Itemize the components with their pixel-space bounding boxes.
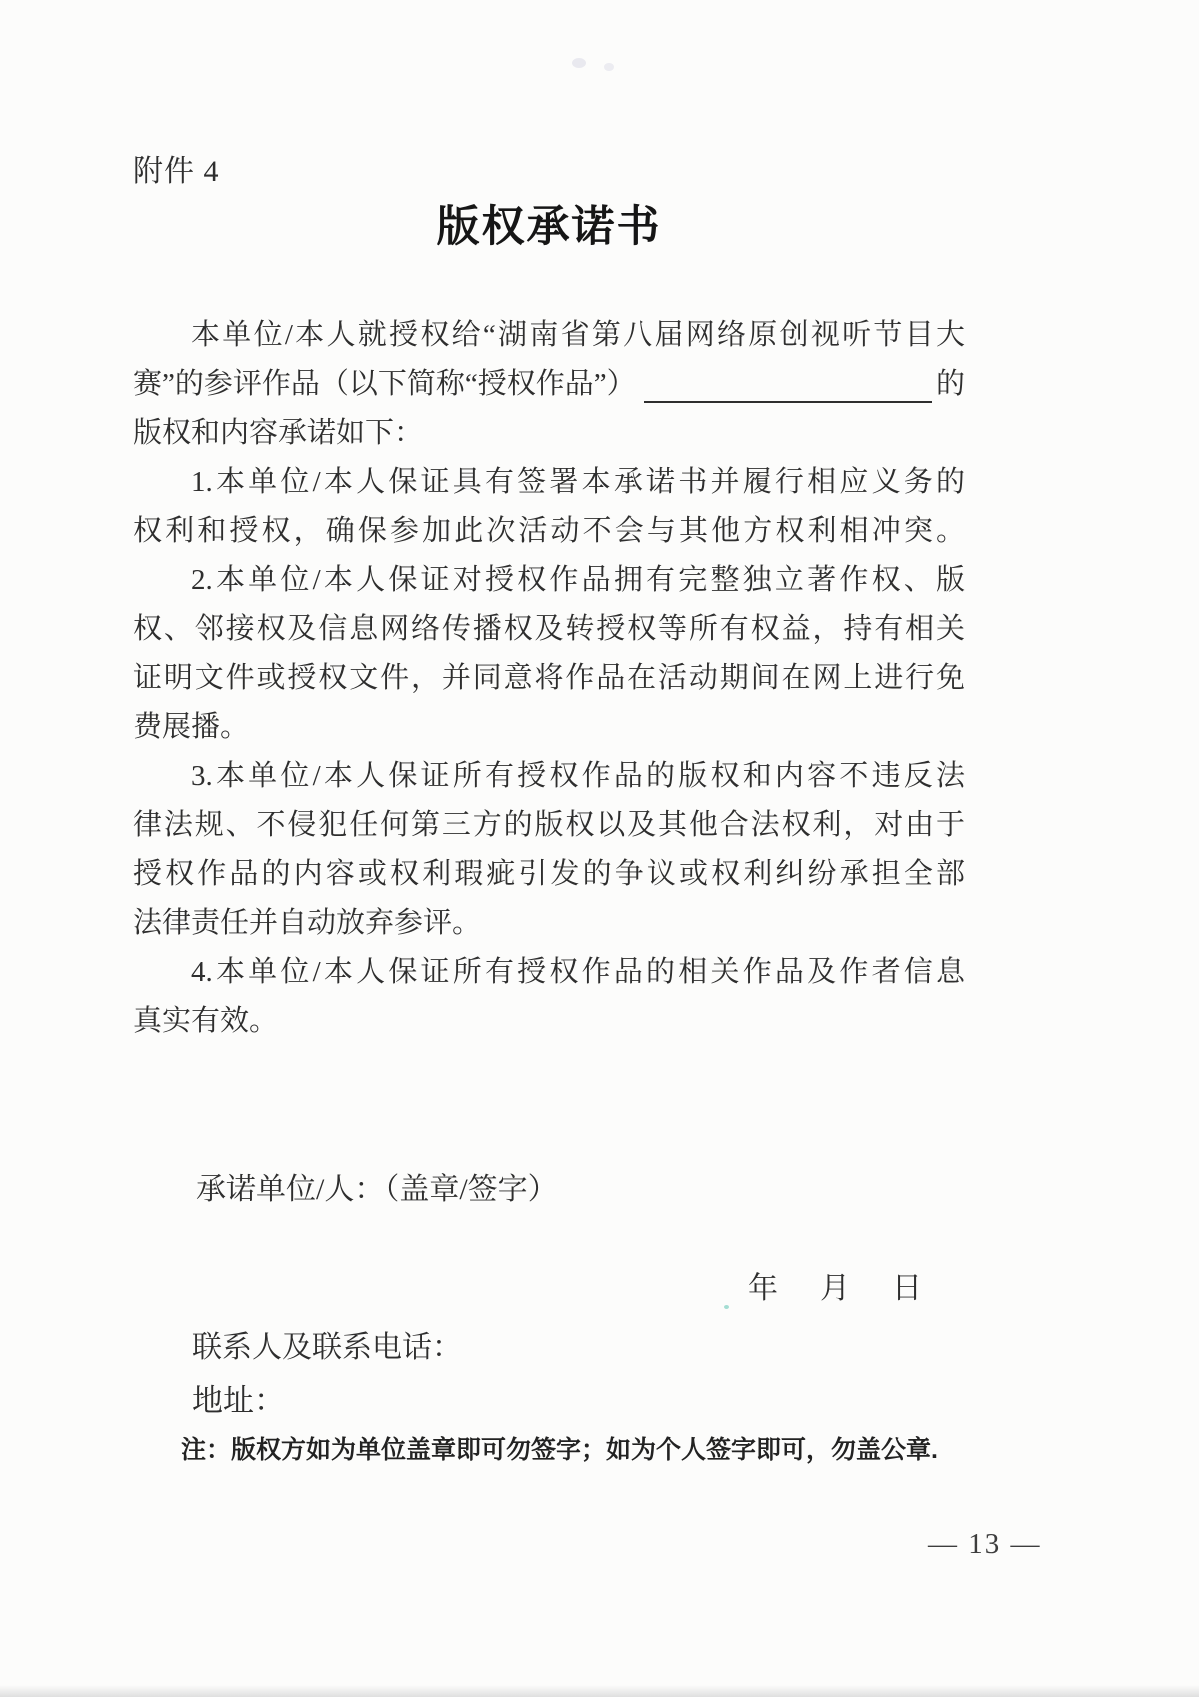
date-line: 年 月 日 <box>748 1263 928 1307</box>
document-title: 版权承诺书 <box>133 193 965 254</box>
address-label: 地址： <box>192 1375 285 1420</box>
body-line-prefix: 赛”的参评作品（以下简称“授权作品”） <box>133 360 636 409</box>
body-line: 法律责任并自动放弃参评。 <box>133 899 965 948</box>
body-line: 证明文件或授权文件，并同意将作品在活动期间在网上进行免 <box>133 654 965 703</box>
footnote: 注：版权方如为单位盖章即可勿签字；如为个人签字即可，勿盖公章. <box>181 1430 938 1466</box>
document-page: 附件 4 版权承诺书 本单位/本人就授权给“湖南省第八届网络原创视听节目大 赛”… <box>0 0 1199 1697</box>
body-line: 2.本单位/本人保证对授权作品拥有完整独立著作权、版 <box>133 556 965 605</box>
scan-smudge <box>604 63 614 71</box>
body-line: 4.本单位/本人保证所有授权作品的相关作品及作者信息 <box>133 948 965 997</box>
body-line: 费展播。 <box>133 703 965 752</box>
scan-edge-shadow <box>0 1685 1199 1697</box>
contact-label: 联系人及联系电话： <box>192 1322 462 1366</box>
body-line-suffix: 的 <box>936 360 965 409</box>
body-line: 本单位/本人就授权给“湖南省第八届网络原创视听节目大 <box>133 311 965 360</box>
body-line: 3.本单位/本人保证所有授权作品的版权和内容不违反法 <box>133 752 965 801</box>
attachment-label: 附件 4 <box>133 146 220 190</box>
body-line: 1.本单位/本人保证具有签署本承诺书并履行相应义务的 <box>133 458 965 507</box>
signer-label: 承诺单位/人：（盖章/签字） <box>196 1164 558 1208</box>
page-number: — 13 — <box>928 1528 1042 1561</box>
blank-fill-underline <box>644 360 932 403</box>
body-line: 版权和内容承诺如下： <box>133 409 965 458</box>
body-line-with-blank: 赛”的参评作品（以下简称“授权作品”） 的 <box>133 360 965 409</box>
body-line: 权、邻接权及信息网络传播权及转授权等所有权益，持有相关 <box>133 605 965 654</box>
scan-smudge <box>724 1305 729 1309</box>
body-line: 权利和授权，确保参加此次活动不会与其他方权利相冲突。 <box>133 507 965 556</box>
body-line: 真实有效。 <box>133 997 965 1046</box>
scan-smudge <box>572 58 586 68</box>
body-line: 律法规、不侵犯任何第三方的版权以及其他合法权利，对由于 <box>133 801 965 850</box>
document-body: 本单位/本人就授权给“湖南省第八届网络原创视听节目大 赛”的参评作品（以下简称“… <box>133 311 965 1046</box>
body-line: 授权作品的内容或权利瑕疵引发的争议或权利纠纷承担全部 <box>133 850 965 899</box>
